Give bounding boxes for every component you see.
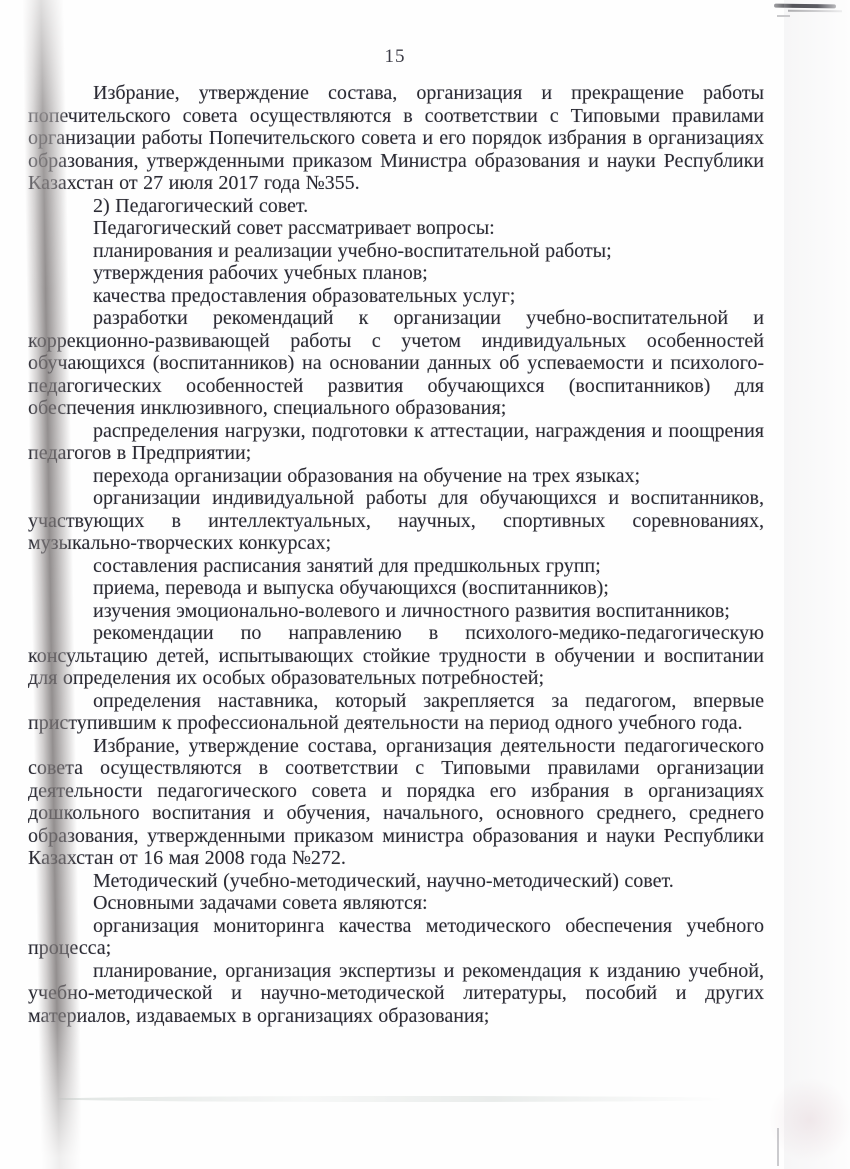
scanner-background-band: [784, 0, 850, 1169]
paragraph: рекомендации по направлению в психолого-…: [28, 622, 764, 690]
paragraph: Избрание, утверждение состава, организац…: [28, 82, 764, 195]
paragraph: Избрание, утверждение состава, организац…: [28, 735, 764, 870]
paragraph: изучения эмоционально-волевого и личност…: [28, 600, 764, 623]
page-number: 15: [0, 46, 790, 68]
paragraph: качества предоставления образовательных …: [28, 285, 764, 308]
paragraph: утверждения рабочих учебных планов;: [28, 262, 764, 285]
document-body: Избрание, утверждение состава, организац…: [28, 82, 764, 1027]
paragraph: распределения нагрузки, подготовки к атт…: [28, 420, 764, 465]
paragraph: определения наставника, который закрепля…: [28, 690, 764, 735]
paragraph: организации индивидуальной работы для об…: [28, 487, 764, 555]
paragraph: Методический (учебно-методический, научн…: [28, 870, 764, 893]
paragraph: организация мониторинга качества методич…: [28, 915, 764, 960]
scan-corner-blotch: [768, 1078, 850, 1162]
paragraph: перехода организации образования на обуч…: [28, 465, 764, 488]
paragraph: Педагогический совет рассматривает вопро…: [28, 217, 764, 240]
scanned-document-page: 15 Избрание, утверждение состава, органи…: [0, 0, 850, 1169]
paragraph: разработки рекомендаций к организации уч…: [28, 307, 764, 420]
scan-smudge-line: [58, 1096, 762, 1102]
paragraph: Основными задачами совета являются:: [28, 892, 764, 915]
paragraph: приема, перевода и выпуска обучающихся (…: [28, 577, 764, 600]
paragraph: 2) Педагогический совет.: [28, 195, 764, 218]
scan-streak-artifact-thin: [788, 10, 842, 12]
scan-streak-artifact-dash: [777, 15, 790, 17]
page-right-edge-line: [777, 1128, 779, 1166]
paragraph: планирования и реализации учебно-воспита…: [28, 240, 764, 263]
paragraph: составления расписания занятий для предш…: [28, 555, 764, 578]
scan-streak-artifact: [774, 4, 836, 9]
paragraph: планирование, организация экспертизы и р…: [28, 960, 764, 1028]
